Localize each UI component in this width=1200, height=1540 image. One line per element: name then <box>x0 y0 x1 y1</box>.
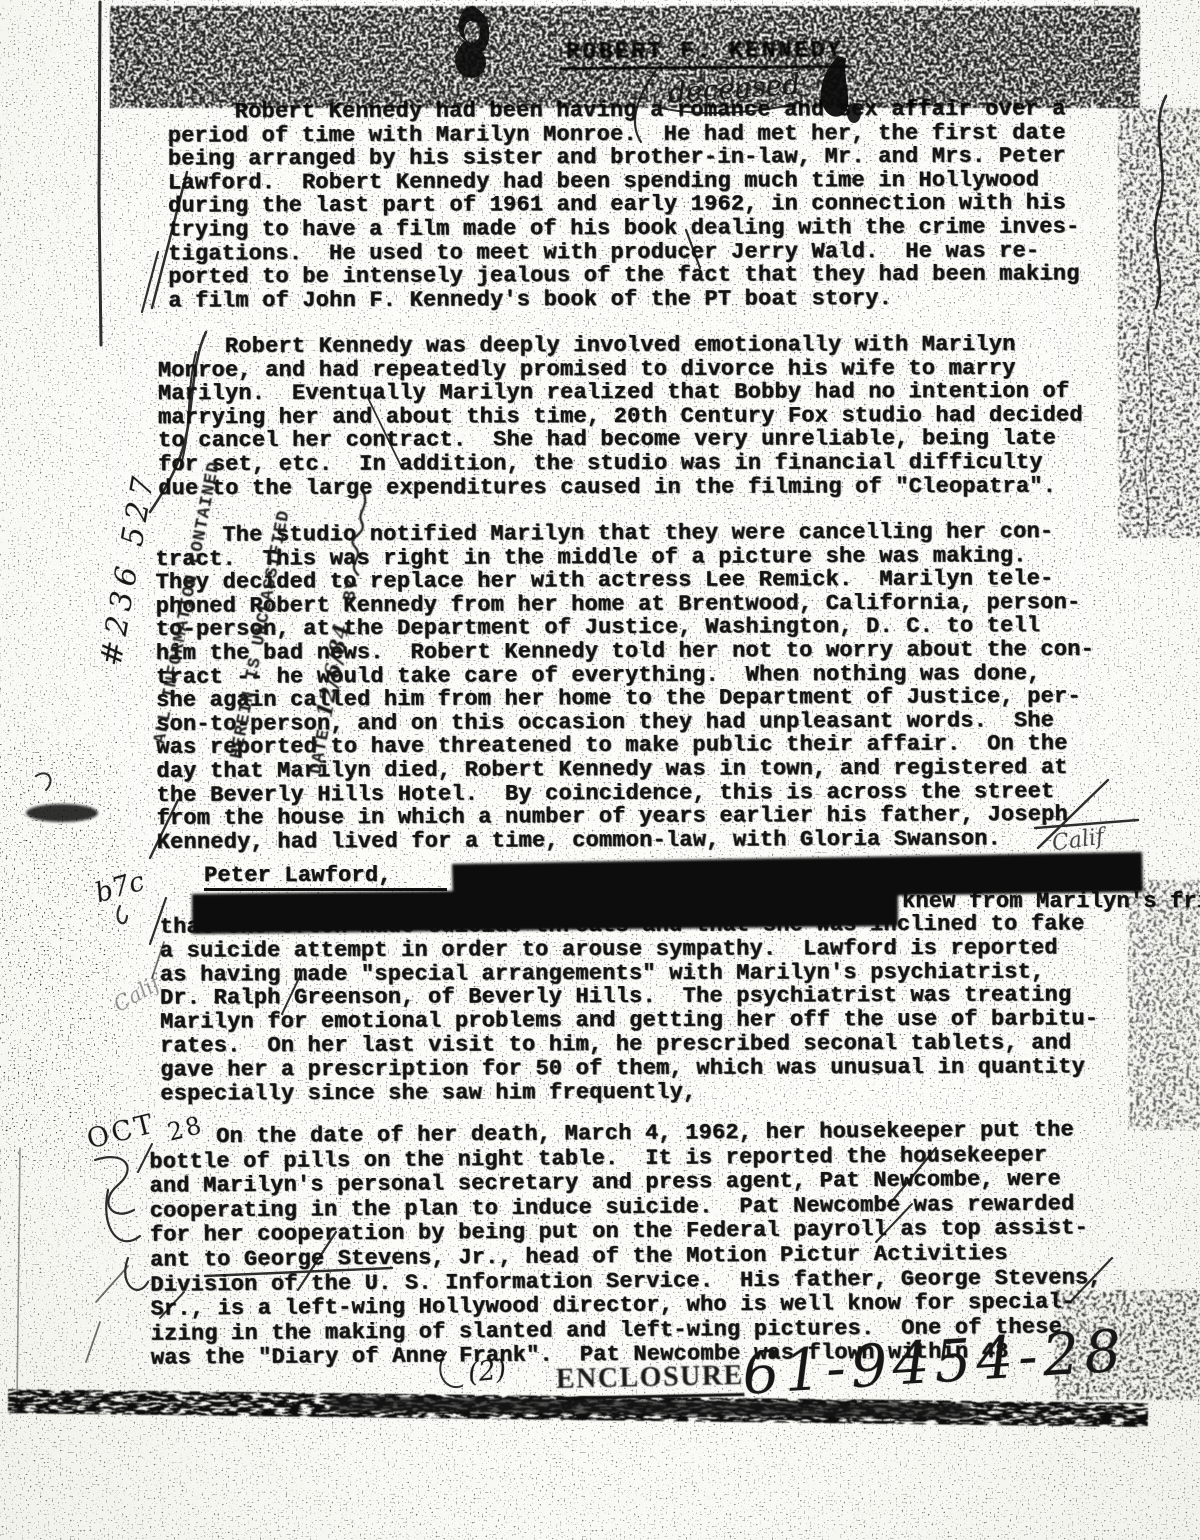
scanned-document-page: ROBERT F. KENNEDY deceased Robert Kenned… <box>0 0 1200 1540</box>
declass-stamp-line-2: HEREIN IS UNCLASSIFIED <box>224 432 312 761</box>
annotation-b7c: b7c <box>92 866 148 909</box>
scan-noise-right-lower <box>1128 880 1200 1130</box>
declass-signature-scribble <box>340 486 381 581</box>
lawford-lead-line: Peter Lawford, <box>204 864 447 888</box>
page-title: ROBERT F. KENNEDY <box>560 39 849 70</box>
lawford-after-redaction: knew from Marilyn's friends <box>902 890 1200 914</box>
ink-blot-top-center <box>455 6 489 78</box>
declass-by-label: BY <box>340 577 364 603</box>
declass-date-label: DATE <box>306 727 334 776</box>
page-number: (2) <box>466 1354 507 1389</box>
scan-noise-left-strip <box>0 740 120 1170</box>
ink-smudge-left-margin <box>26 804 98 822</box>
paragraph-1: Robert Kennedy had been having a romance… <box>168 97 1080 313</box>
annotation-calif-faint: Calif <box>109 971 164 1017</box>
lawford-name: Peter Lawford, <box>204 863 447 891</box>
enclosure-stamp: ENCLOSURE <box>556 1360 744 1400</box>
declass-stamp-line-3: DATE 12/6/84 BY <box>300 447 391 776</box>
paragraph-4: that she often made suicide threats and … <box>160 912 1099 1106</box>
oct-month: OCT <box>84 1108 159 1155</box>
declass-date-value: 12/6/84 <box>311 621 354 719</box>
scan-noise-right-strip <box>1118 108 1200 538</box>
